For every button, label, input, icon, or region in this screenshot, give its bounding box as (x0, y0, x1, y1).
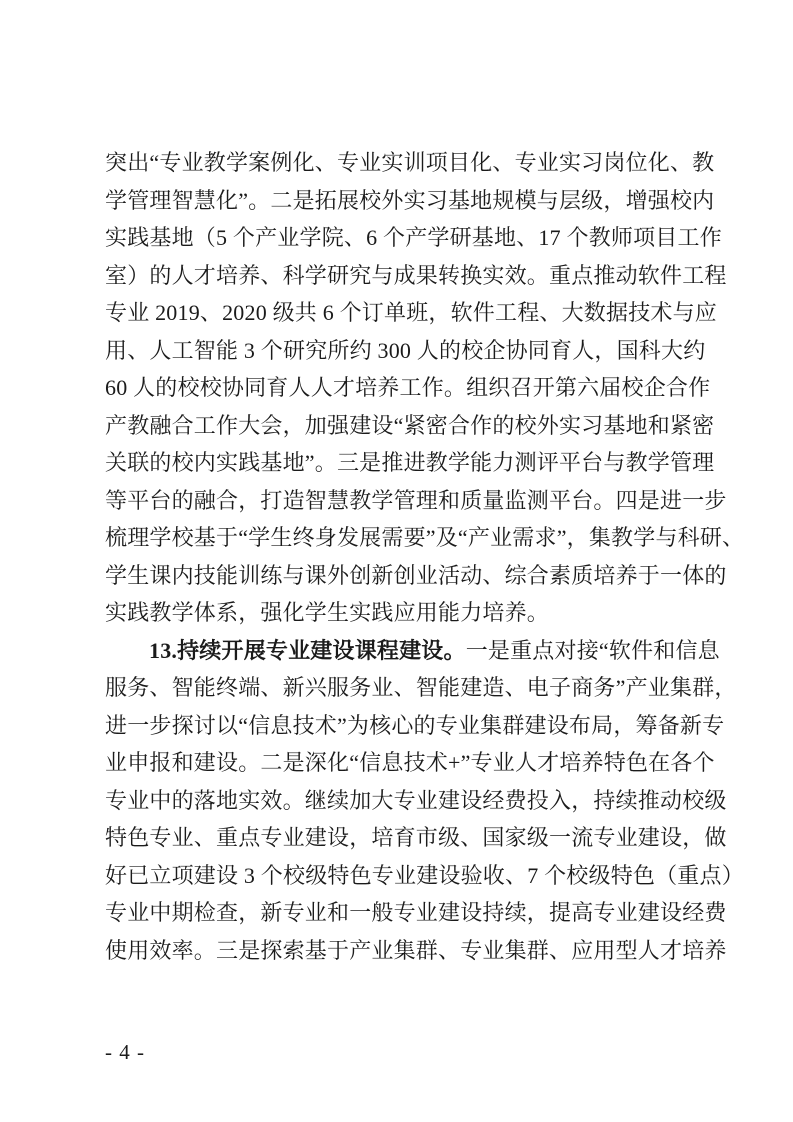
text-line: 实践基地（5 个产业学院、6 个产学研基地、17 个教师项目工作 (105, 219, 697, 257)
text-line: 专业中期检查，新专业和一般专业建设持续，提高专业建设经费 (105, 894, 697, 932)
text-line: 学生课内技能训练与课外创新创业活动、综合素质培养于一体的 (105, 557, 697, 595)
text-line: 专业中的落地实效。继续加大专业建设经费投入，持续推动校级 (105, 782, 697, 820)
text-line: 特色专业、重点专业建设，培育市级、国家级一流专业建设，做 (105, 819, 697, 857)
section-heading: 13.持续开展专业建设课程建设。 (149, 638, 466, 663)
text-line: 专业 2019、2020 级共 6 个订单班，软件工程、大数据技术与应 (105, 294, 697, 332)
text-line: 进一步探讨以“信息技术”为核心的专业集群建设布局，筹备新专 (105, 707, 697, 745)
text-line: 好已立项建设 3 个校级特色专业建设验收、7 个校级特色（重点） (105, 857, 697, 895)
text-line: 梳理学校基于“学生终身发展需要”及“产业需求”，集教学与科研、 (105, 519, 697, 557)
text-line: 室）的人才培养、科学研究与成果转换实效。重点推动软件工程 (105, 257, 697, 295)
text-line: 业申报和建设。二是深化“信息技术+”专业人才培养特色在各个 (105, 744, 697, 782)
page-number: - 4 - (105, 1037, 145, 1067)
text-line: 用、人工智能 3 个研究所约 300 人的校企协同育人，国科大约 (105, 332, 697, 370)
text-line: 突出“专业教学案例化、专业实训项目化、专业实习岗位化、教 (105, 144, 697, 182)
text-line: 13.持续开展专业建设课程建设。一是重点对接“软件和信息 (105, 632, 697, 670)
text-line: 服务、智能终端、新兴服务业、智能建造、电子商务”产业集群， (105, 669, 697, 707)
text-line: 关联的校内实践基地”。三是推进教学能力测评平台与教学管理 (105, 444, 697, 482)
text-line: 使用效率。三是探索基于产业集群、专业集群、应用型人才培养 (105, 932, 697, 970)
section-heading-rest: 一是重点对接“软件和信息 (466, 638, 720, 663)
text-line: 产教融合工作大会，加强建设“紧密合作的校外实习基地和紧密 (105, 407, 697, 445)
text-line: 实践教学体系，强化学生实践应用能力培养。 (105, 594, 697, 632)
document-page: 突出“专业教学案例化、专业实训项目化、专业实习岗位化、教 学管理智慧化”。二是拓… (0, 0, 793, 1122)
text-line: 60 人的校校协同育人人才培养工作。组织召开第六届校企合作 (105, 369, 697, 407)
text-line: 学管理智慧化”。二是拓展校外实习基地规模与层级，增强校内 (105, 182, 697, 220)
document-body: 突出“专业教学案例化、专业实训项目化、专业实习岗位化、教 学管理智慧化”。二是拓… (105, 144, 697, 969)
text-line: 等平台的融合，打造智慧教学管理和质量监测平台。四是进一步 (105, 482, 697, 520)
